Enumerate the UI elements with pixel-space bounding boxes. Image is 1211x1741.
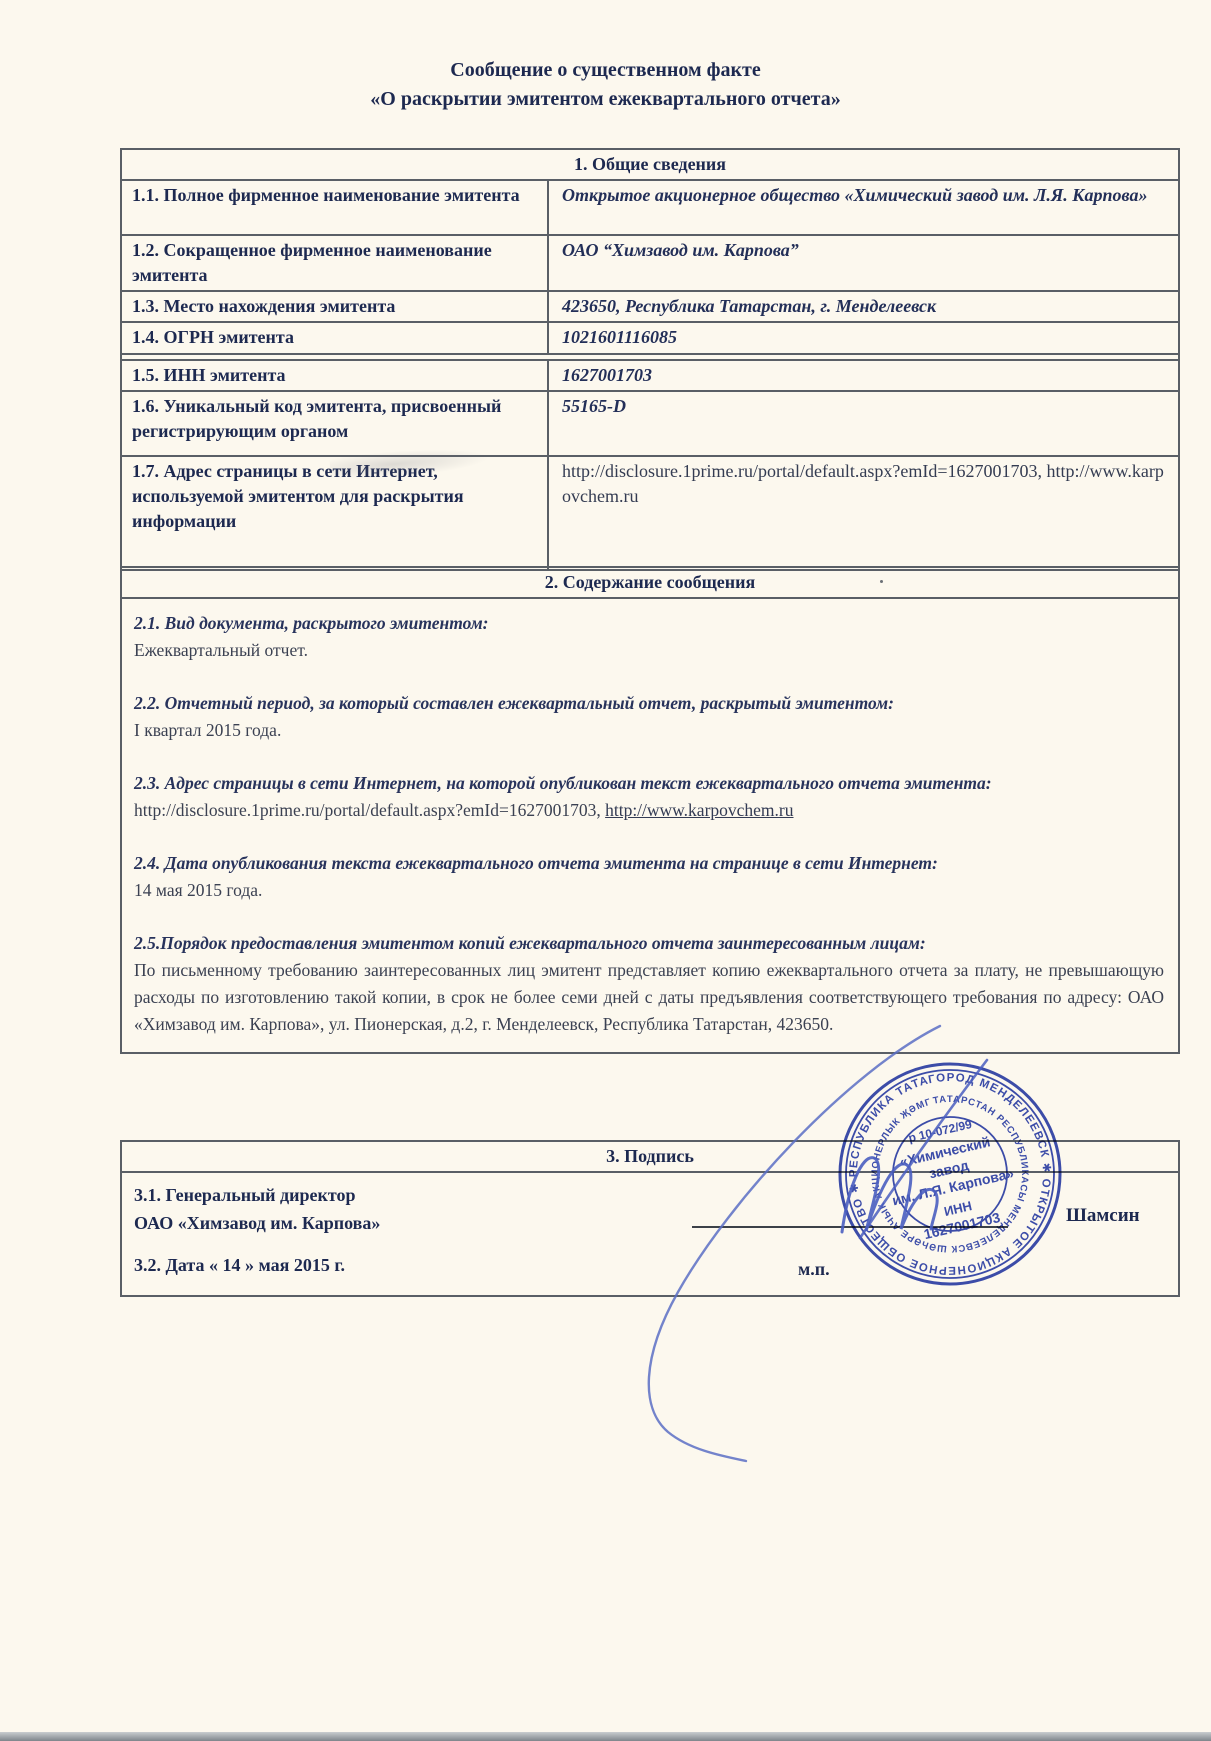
item-heading: 2.3. Адрес страницы в сети Интернет, на … [134,770,1164,797]
item-publication-date: 2.4. Дата опубликования текста ежекварта… [134,850,1164,904]
table-row: 1.2. Сокращенное фирменное наименование … [122,234,1178,290]
item-heading: 2.2. Отчетный период, за который составл… [134,690,1164,717]
item-copy-provision: 2.5.Порядок предоставления эмитентом коп… [134,930,1164,1038]
table-row: 1.7. Адрес страницы в сети Интернет, исп… [122,455,1178,569]
row-value-ogrn: 1021601116085 [549,323,1178,353]
signer-role: 3.1. Генеральный директор ОАО «Химзавод … [134,1181,380,1237]
item-report-url: 2.3. Адрес страницы в сети Интернет, на … [134,770,1164,824]
general-info-header: 1. Общие сведения [122,150,1178,179]
row-label-inn: 1.5. ИНН эмитента [122,361,549,390]
table-row: 1.6. Уникальный код эмитента, присвоенны… [122,390,1178,455]
item-heading: 2.1. Вид документа, раскрытого эмитентом… [134,610,1164,637]
row-label-short-name: 1.2. Сокращенное фирменное наименование … [122,236,549,290]
row-label-ogrn: 1.4. ОГРН эмитента [122,323,549,353]
document-title: Сообщение о существенном факте «О раскры… [0,56,1211,114]
row-label-full-name: 1.1. Полное фирменное наименование эмите… [122,181,549,234]
item-body: По письменному требованию заинтересованн… [134,957,1164,1038]
signature-date: 3.2. Дата « 14 » мая 2015 г. [134,1255,345,1276]
table-row: 1.3. Место нахождения эмитента 423650, Р… [122,290,1178,321]
message-content-body: 2.1. Вид документа, раскрытого эмитентом… [122,597,1178,1052]
message-content-table: 2. Содержание сообщения 2.1. Вид докумен… [120,566,1180,1054]
row-value-location: 423650, Республика Татарстан, г. Менделе… [549,292,1178,321]
document-title-line2: «О раскрытии эмитентом ежеквартального о… [0,85,1211,114]
item-body: http://disclosure.1prime.ru/portal/defau… [134,797,1164,824]
general-info-table: 1. Общие сведения 1.1. Полное фирменное … [120,148,1180,571]
row-value-issuer-code: 55165-D [549,392,1178,455]
url-plain: http://disclosure.1prime.ru/portal/defau… [134,800,605,820]
document-title-line1: Сообщение о существенном факте [0,56,1211,85]
table-row: 1.1. Полное фирменное наименование эмите… [122,179,1178,234]
message-content-header: 2. Содержание сообщения [122,568,1178,597]
item-body: I квартал 2015 года. [134,717,1164,744]
item-body: Ежеквартальный отчет. [134,637,1164,664]
item-report-period: 2.2. Отчетный период, за который составл… [134,690,1164,744]
row-value-short-name: ОАО “Химзавод им. Карпова” [549,236,1178,290]
item-document-kind: 2.1. Вид документа, раскрытого эмитентом… [134,610,1164,664]
item-heading: 2.5.Порядок предоставления эмитентом коп… [134,930,1164,957]
signer-role-line1: 3.1. Генеральный директор [134,1181,380,1209]
scanner-edge-strip [0,1732,1211,1741]
url-link: http://www.karpovchem.ru [605,800,793,820]
table-row: 1.5. ИНН эмитента 1627001703 [122,359,1178,390]
signer-role-line2: ОАО «Химзавод им. Карпова» [134,1209,380,1237]
scanned-document-page: Сообщение о существенном факте «О раскры… [0,0,1211,1741]
row-value-full-name: Открытое акционерное общество «Химически… [549,181,1178,234]
item-heading: 2.4. Дата опубликования текста ежекварта… [134,850,1164,877]
table-row: 1.4. ОГРН эмитента 1021601116085 [122,321,1178,353]
row-label-location: 1.3. Место нахождения эмитента [122,292,549,321]
row-value-web-address: http://disclosure.1prime.ru/portal/defau… [549,457,1178,569]
item-body: 14 мая 2015 года. [134,877,1164,904]
scan-speck [880,580,883,583]
seal-place-mark: м.п. [798,1259,830,1280]
row-value-inn: 1627001703 [549,361,1178,390]
